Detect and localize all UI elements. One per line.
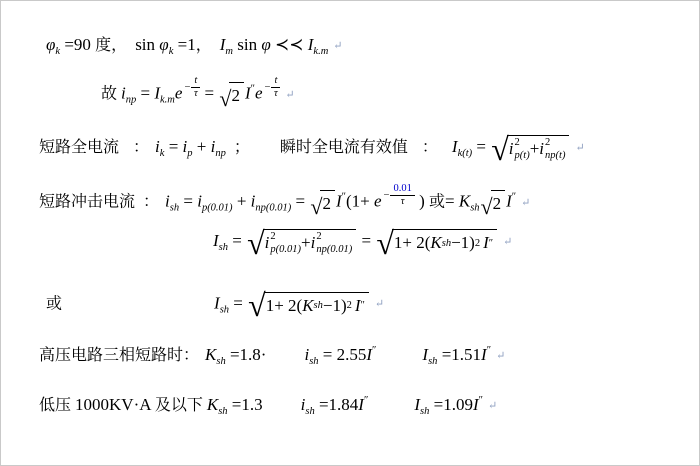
formula-line-impulse-current: 短路冲击电流：ish = ip(0.01) + inp(0.01) = √2I″… [39,183,530,215]
paragraph-return-mark: ↵ [521,197,530,209]
formula-line-ish-rms-alternative: 或Ish = √1+ 2(Ksh −1)2I″↵ [46,292,384,317]
math-exponent-fraction: −tτ [265,75,281,100]
stack-subscript: np(t) [545,151,565,162]
math-roman: 1+ 2( [394,232,431,254]
math-superscript: ″ [512,192,516,203]
math-supsub-stack: 2np(t) [545,138,565,161]
sqrt-content: 2 [320,190,335,215]
math-sqrt: √2 [310,190,335,215]
fraction: tτ [271,75,280,100]
math-variable: i [539,138,544,160]
math-subscript: p(0.01) [202,203,233,214]
math-superscript: ″ [372,345,376,356]
fraction-numerator: t [271,75,280,88]
math-superscript: ″ [364,395,368,406]
text-cn: 度， [95,37,127,54]
math-superscript: 2 [475,237,480,251]
math-roman: =1.84 [315,395,359,414]
math-roman: = 2.55 [319,345,367,364]
formula-line-total-current: 短路全电流：ik = ip + inp；瞬时全电流有效值：Ik(t) = √i2… [39,135,585,161]
math-supsub-stack: 2p(t) [515,138,530,161]
text-cn: ： [143,194,159,211]
math-roman: 1+ 2( [266,295,303,317]
math-variable: φ [159,35,168,54]
math-subscript: m [225,46,233,57]
stack-subscript: p(0.01) [270,245,301,256]
text-cn: 及以下 [155,397,207,414]
math-roman: + [233,192,251,211]
fraction: 0.01τ [390,183,414,208]
math-variable: e [175,84,183,103]
fraction-numerator: t [191,75,200,88]
sqrt-content: 1+ 2(Ksh −1)2I″ [392,229,497,254]
math-variable: φ [261,35,270,54]
math-sqrt: √2 [219,82,244,107]
math-variable: K [302,295,313,317]
math-roman: ) [415,192,429,211]
math-variable: K [459,192,470,211]
math-sqrt: √i2p(t) + i2np(t) [491,135,569,161]
formula-line-low-voltage-values: 低压 1000KV·A 及以下 Ksh =1.3ish =1.84I″Ish =… [39,394,497,419]
math-roman: =1 [173,35,195,54]
paragraph-return-mark: ↵ [496,350,505,362]
math-roman: (1+ [346,192,374,211]
math-roman: = [179,192,197,211]
math-roman: −1) [323,295,347,317]
math-superscript: 2 [347,299,352,313]
sqrt-content: i2p(0.01) + i2np(0.01) [263,229,357,255]
formula-line-ish-rms: Ish = √i2p(0.01) + i2np(0.01) = √1+ 2(Ks… [213,229,512,255]
math-roman: =1.51 [437,345,481,364]
math-roman: = [228,231,246,250]
math-subscript: sh [219,242,228,253]
math-roman: −1) [451,232,475,254]
math-roman: sin [135,35,159,54]
math-subscript: sh [470,203,479,214]
fraction-denominator: τ [274,88,278,100]
math-exponent-fraction: −0.01τ [384,183,415,208]
math-sqrt: √i2p(0.01) + i2np(0.01) [247,229,356,255]
math-roman: ≺≺ [271,35,308,54]
math-roman: + [193,137,211,156]
math-superscript: ″ [489,237,493,251]
math-roman: = [229,293,247,312]
math-variable: i [509,138,514,160]
math-subscript: k.m [160,95,175,106]
math-supsub-stack: 2p(0.01) [270,232,301,255]
math-variable: K [205,345,216,364]
sqrt-content: 1+ 2(Ksh −1)2I″ [264,292,369,317]
math-roman: = [136,84,154,103]
math-supsub-stack: 2np(0.01) [316,232,352,255]
math-exponent-fraction: −tτ [184,75,200,100]
math-subscript: np [126,95,137,106]
math-subscript: sh [216,356,225,367]
paragraph-return-mark: ↵ [503,236,512,248]
document-page: φk =90 度，sin φk =1，Im sin φ ≺≺ Ik.m↵ 故 i… [0,0,700,466]
stack-subscript: p(t) [515,151,530,162]
math-roman: = [164,137,182,156]
text-cn: ： [133,139,149,156]
fraction-numerator: 0.01 [390,183,414,196]
math-subscript: sh [220,304,229,315]
math-subscript: sh [442,237,451,251]
math-roman: 1000KV·A [75,395,155,414]
math-roman: =90 [60,35,95,54]
math-variable: φ [46,35,55,54]
math-sqrt: √2 [481,190,506,215]
math-variable: i [311,232,316,254]
text-cn: ， [196,37,212,54]
math-roman: sin [233,35,261,54]
fraction-denominator: τ [194,88,198,100]
sqrt-content: 2 [491,190,506,215]
math-subscript: k.m [313,46,328,57]
text-cn: ： [422,139,438,156]
text-cn: 或 [46,295,62,312]
math-variable: K [207,395,218,414]
paragraph-return-mark: ↵ [575,142,584,154]
text-cn: ； [234,139,250,156]
text-cn: 低压 [39,397,75,414]
math-variable: K [430,232,441,254]
stack-superscript: 2 [545,138,550,149]
text-cn: 瞬时全电流有效值 [280,139,408,156]
math-variable: e [374,192,382,211]
formula-line-high-voltage-values: 高压电路三相短路时：Ksh =1.8·ish = 2.55I″Ish =1.51… [39,344,505,369]
math-subscript: np(0.01) [255,203,291,214]
paragraph-return-mark: ↵ [488,400,497,412]
paragraph-return-mark: ↵ [333,40,342,52]
text-cn: 或 [429,194,445,211]
text-cn: 高压电路三相短路时： [39,347,199,364]
minus-sign: − [384,189,390,203]
text-cn: 短路冲击电流 [39,194,135,211]
math-roman: = [357,231,375,250]
math-roman: = [445,192,459,211]
math-roman: 2 [231,85,240,107]
math-roman: =1.3 [228,395,263,414]
formula-line-aperiodic-component: 故 inp = Ik.me−tτ = √2I″e−tτ↵ [101,75,295,107]
math-variable: e [255,84,263,103]
stack-superscript: 2 [515,138,520,149]
math-superscript: ″ [487,345,491,356]
math-subscript: sh [170,203,179,214]
text-cn: 故 [101,86,121,103]
minus-sign: − [184,81,190,95]
formula-line-angle-assumptions: φk =90 度，sin φk =1，Im sin φ ≺≺ Ik.m↵ [46,34,343,59]
math-roman: 2 [322,193,331,215]
math-variable: i [265,232,270,254]
paragraph-return-mark: ↵ [375,298,384,310]
sqrt-content: 2 [229,82,244,107]
paragraph-return-mark: ↵ [285,89,294,101]
math-subscript: sh [218,406,227,417]
math-subscript: k(t) [458,148,473,159]
text-cn: 短路全电流 [39,139,119,156]
math-subscript: sh [305,406,314,417]
math-roman: + [530,138,540,160]
stack-superscript: 2 [316,232,321,243]
fraction: tτ [191,75,200,100]
math-roman: = [291,192,309,211]
math-roman: =1.8· [226,345,267,364]
math-subscript: np [215,148,226,159]
math-roman: = [200,84,218,103]
math-sqrt: √1+ 2(Ksh −1)2I″ [376,229,497,254]
math-superscript: ″ [361,299,365,313]
math-roman: + [301,232,311,254]
math-roman: 2 [493,193,502,215]
sqrt-content: i2p(t) + i2np(t) [507,135,570,161]
minus-sign: − [265,81,271,95]
math-sqrt: √1+ 2(Ksh −1)2I″ [248,292,369,317]
stack-subscript: np(0.01) [316,245,352,256]
math-subscript: sh [314,299,323,313]
stack-superscript: 2 [270,232,275,243]
fraction-denominator: τ [401,196,405,208]
math-roman: =1.09 [429,395,473,414]
math-roman: = [472,137,490,156]
math-superscript: ″ [479,395,483,406]
math-subscript: sh [420,406,429,417]
math-subscript: sh [309,356,318,367]
